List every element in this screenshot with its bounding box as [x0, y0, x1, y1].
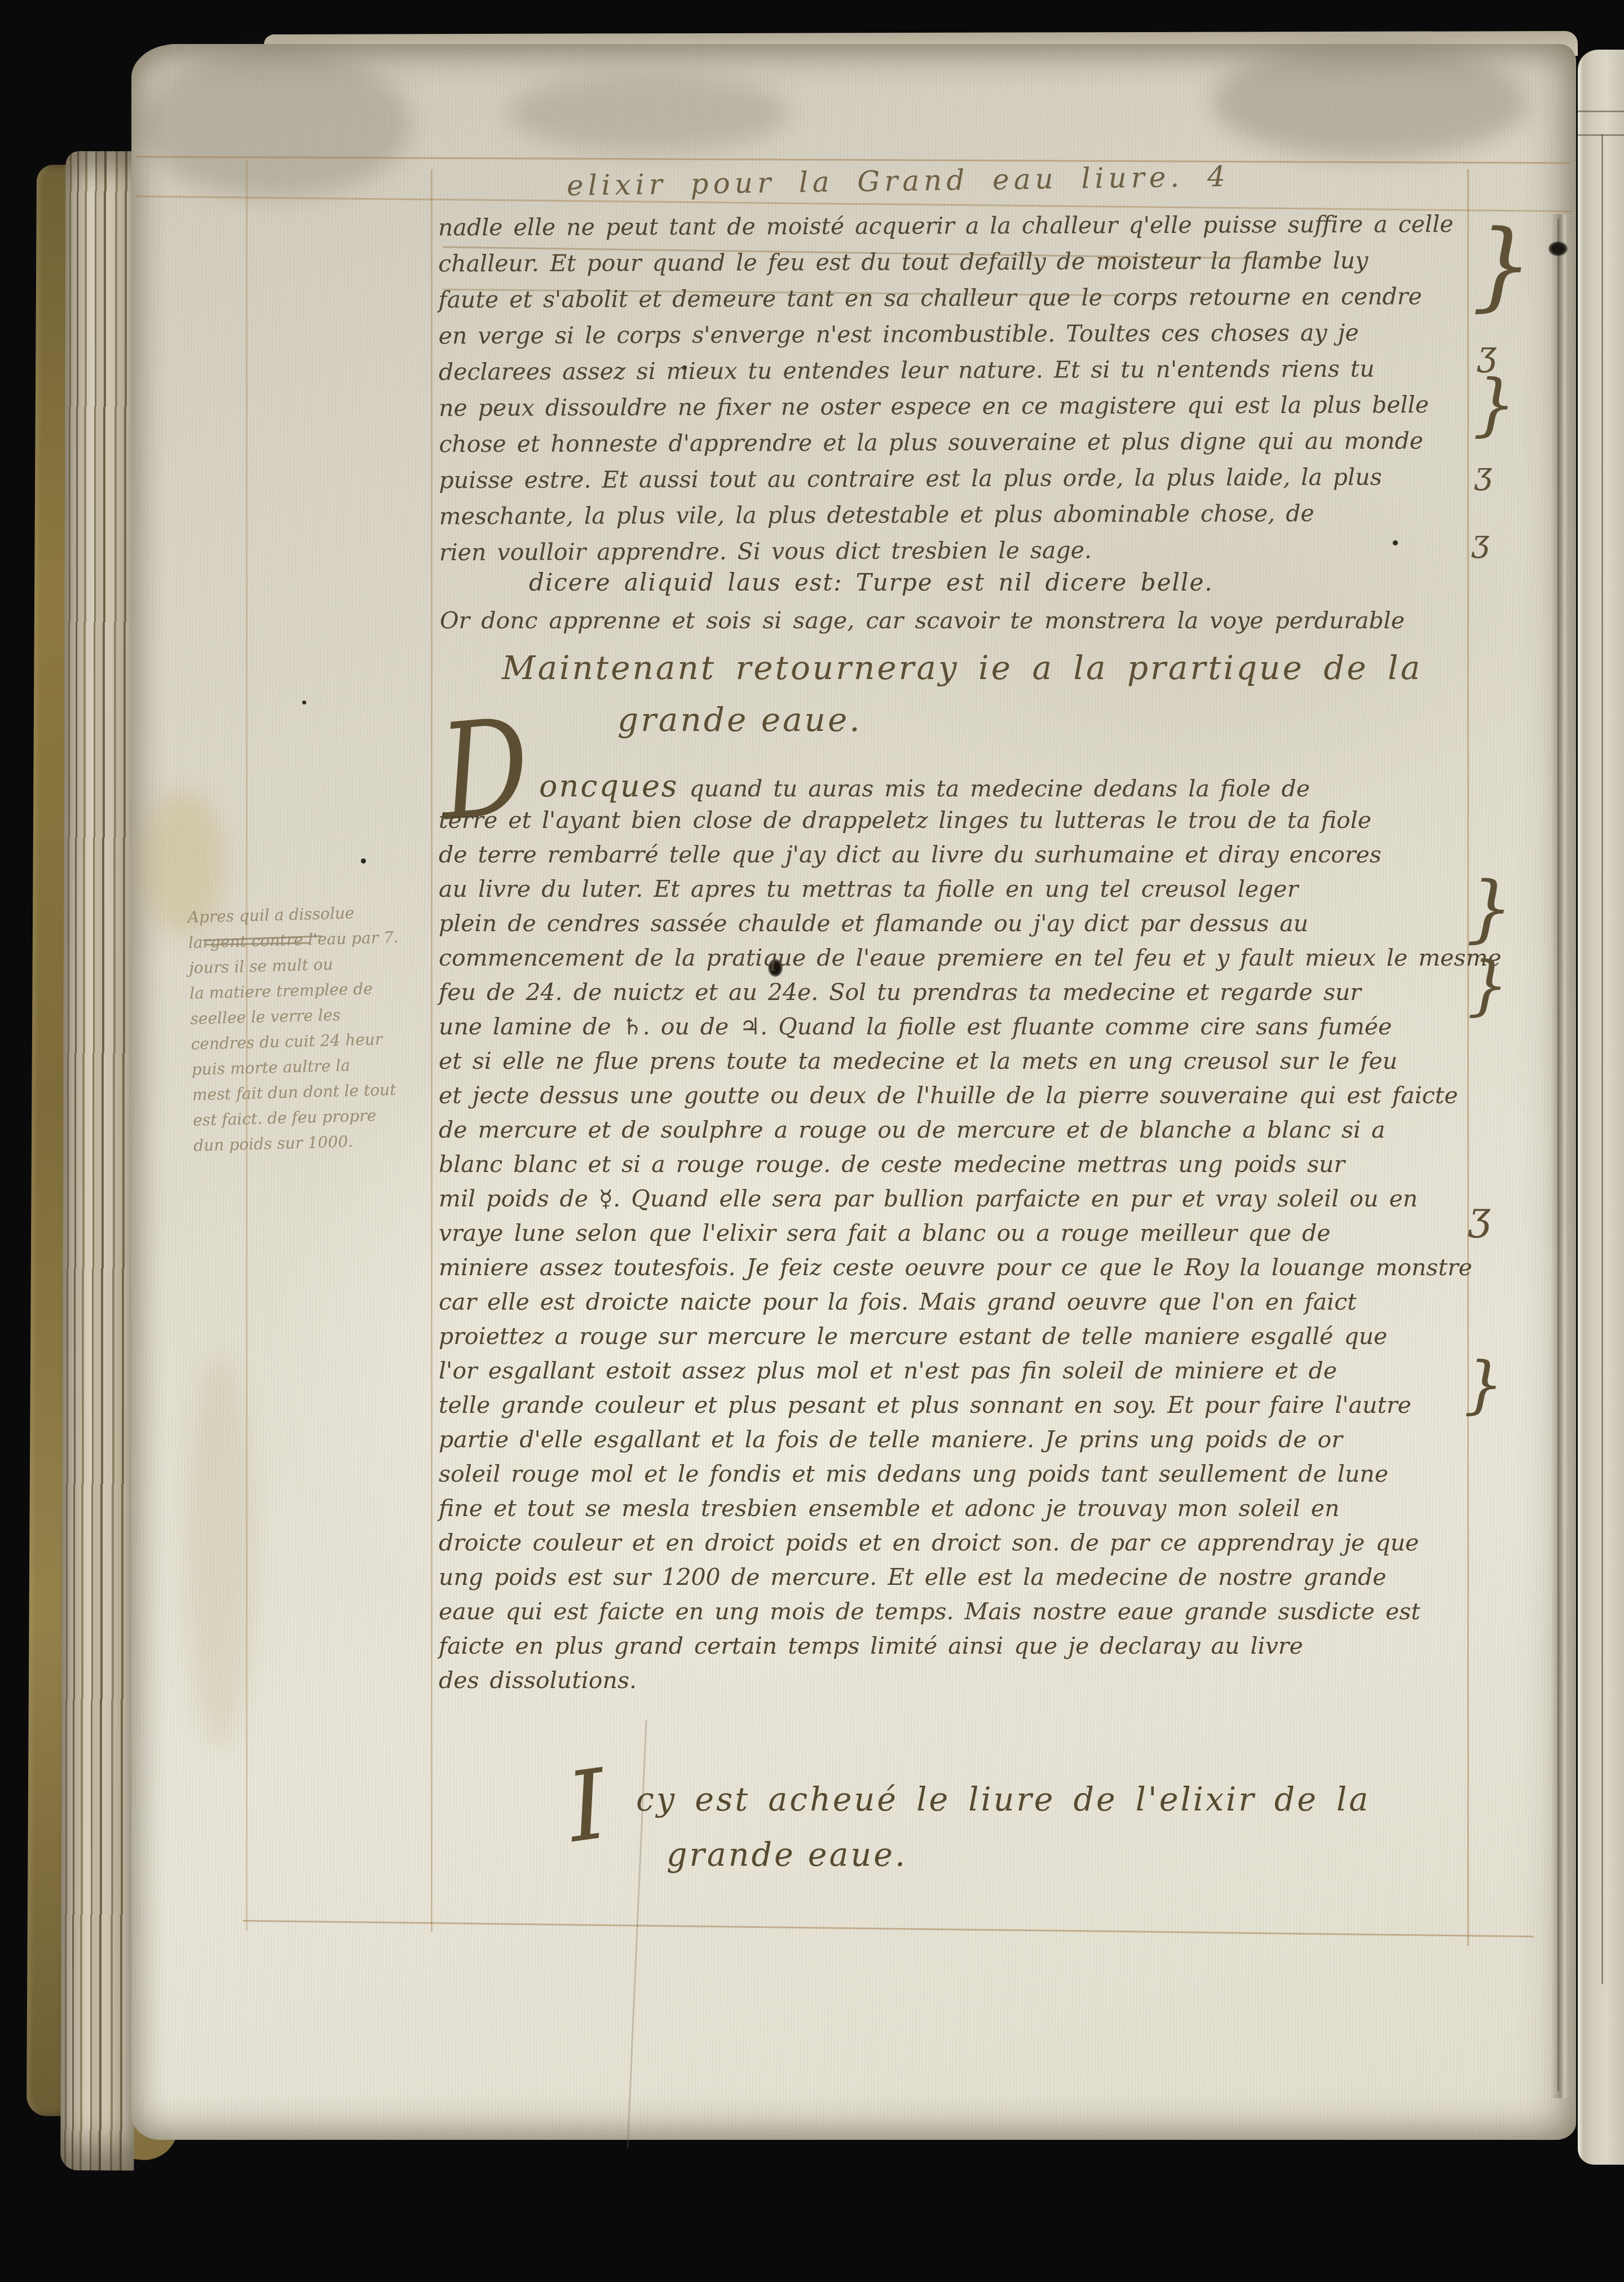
- line-end-flourish: ʒ: [1475, 458, 1492, 489]
- text-line: terre et l'ayant bien close de drappelet…: [439, 803, 1544, 838]
- text-line: soleil rouge mol et le fondis et mis ded…: [439, 1457, 1544, 1491]
- drop-cap-word-rest: oncques: [539, 768, 679, 804]
- smudge: [141, 51, 412, 197]
- text-line: chose et honneste d'apprendre et la plus…: [439, 422, 1544, 462]
- exhortation-line: Or donc apprenne et sois si sage, car sc…: [440, 607, 1405, 634]
- text-line: plein de cendres sassée chaulde et flama…: [439, 906, 1544, 941]
- text-line: miniere assez toutesfois. Je feiz ceste …: [439, 1250, 1544, 1285]
- text-line: vraye lune selon que l'elixir sera fait …: [439, 1216, 1544, 1250]
- line-end-brace: }: [1464, 1354, 1503, 1416]
- text-line: eaue qui est faicte en ung mois de temps…: [439, 1594, 1544, 1629]
- line-end-flourish: ʒ: [1468, 1196, 1491, 1235]
- text-line: en verge si le corps s'enverge n'est inc…: [439, 314, 1544, 354]
- text-line: meschante, la plus vile, la plus detesta…: [439, 495, 1544, 535]
- text-line: feu de 24. de nuictz et au 24e. Sol tu p…: [439, 975, 1544, 1010]
- page-edges-stack: [60, 151, 139, 2170]
- text-line: faute et s'abolit et demeure tant en sa …: [438, 278, 1543, 318]
- margin-toning: [186, 1354, 254, 1748]
- ink-blot: [1548, 241, 1568, 256]
- text-line: partie d'elle esgallant et la fois de te…: [439, 1422, 1544, 1457]
- paragraph-1: nadle elle ne peut tant de moisté acquer…: [438, 206, 1544, 571]
- text-line: proiettez a rouge sur mercure le mercure…: [439, 1319, 1544, 1354]
- text-line: de terre rembarré telle que j'ay dict au…: [439, 838, 1544, 872]
- text-line: des dissolutions.: [439, 1663, 1544, 1698]
- paragraph-2-first-line: oncques quand tu auras mis ta medecine d…: [439, 768, 1310, 804]
- section-heading-line-1: Maintenant retourneray ie a la prartique…: [502, 649, 1422, 687]
- text-line: et jecte dessus une goutte ou deux de l'…: [439, 1078, 1544, 1113]
- section-heading-line-2: grande eaue.: [617, 701, 862, 739]
- scan-background: elixir pour la Grand eau liure. 4 nadle …: [0, 0, 1624, 2282]
- facing-page-sliver: [1578, 50, 1624, 2165]
- text-line: fine et tout se mesla tresbien ensemble …: [439, 1491, 1544, 1526]
- page-fold-shading: [1551, 214, 1568, 2098]
- ink-speck: [302, 701, 306, 704]
- text-line: mil poids de ☿. Quand elle sera par bull…: [439, 1182, 1544, 1216]
- text-line: nadle elle ne peut tant de moisté acquer…: [438, 206, 1543, 246]
- text-line: challeur. Et pour quand le feu est du to…: [438, 242, 1543, 282]
- text-line: une lamine de ♄. ou de ♃. Quand la fioll…: [439, 1010, 1544, 1044]
- text-line: et si elle ne flue prens toute ta medeci…: [439, 1044, 1544, 1078]
- line-end-brace: }: [1472, 218, 1533, 314]
- facing-page-horizontal-ruling: [1578, 134, 1624, 136]
- line-end-brace: }: [1467, 953, 1508, 1018]
- page-fold-line: [1557, 219, 1559, 2091]
- text-line: ung poids est sur 1200 de mercure. Et el…: [439, 1560, 1544, 1594]
- first-line-text: quand tu auras mis ta medecine dedans la…: [679, 775, 1310, 802]
- text-line: droicte couleur et en droict poids et en…: [439, 1526, 1544, 1560]
- facing-page-vertical-ruling: [1601, 134, 1603, 1984]
- text-line: declarees assez si mieux tu entendes leu…: [439, 350, 1544, 390]
- text-line: puisse estre. Et aussi tout au contraire…: [439, 459, 1544, 499]
- closing-line-2: grande eaue.: [667, 1836, 907, 1874]
- closing-line-1: cy est acheué le liure de l'elixir de la: [636, 1781, 1370, 1818]
- text-line: l'or esgallant estoit assez plus mol et …: [439, 1354, 1544, 1388]
- text-line: commencement de la pratique de l'eaue pr…: [439, 941, 1544, 975]
- latin-quote: dicere aliquid laus est: Turpe est nil d…: [529, 569, 1213, 596]
- text-line: telle grande couleur et plus pesant et p…: [439, 1388, 1544, 1422]
- line-end-brace: }: [1466, 871, 1513, 945]
- ink-speck: [361, 858, 366, 864]
- line-end-flourish: ʒ: [1472, 526, 1489, 557]
- facing-page-horizontal-ruling: [1578, 111, 1624, 112]
- text-line: au livre du luter. Et apres tu mettras t…: [439, 872, 1544, 906]
- line-end-brace: }: [1473, 371, 1516, 439]
- text-line: blanc blanc et si a rouge rouge. de cest…: [439, 1147, 1544, 1182]
- text-line: rien voulloir apprendre. Si vous dict tr…: [439, 531, 1544, 571]
- text-line: ne peux dissouldre ne fixer ne oster esp…: [439, 386, 1544, 426]
- text-line: de mercure et de soulphre a rouge ou de …: [439, 1113, 1544, 1147]
- paragraph-2: terre et l'ayant bien close de drappelet…: [439, 803, 1544, 1698]
- smudge: [507, 73, 789, 152]
- text-line: car elle est droicte naicte pour la fois…: [439, 1285, 1544, 1319]
- smudge: [1212, 45, 1528, 158]
- text-line: faicte en plus grand certain temps limit…: [439, 1629, 1544, 1663]
